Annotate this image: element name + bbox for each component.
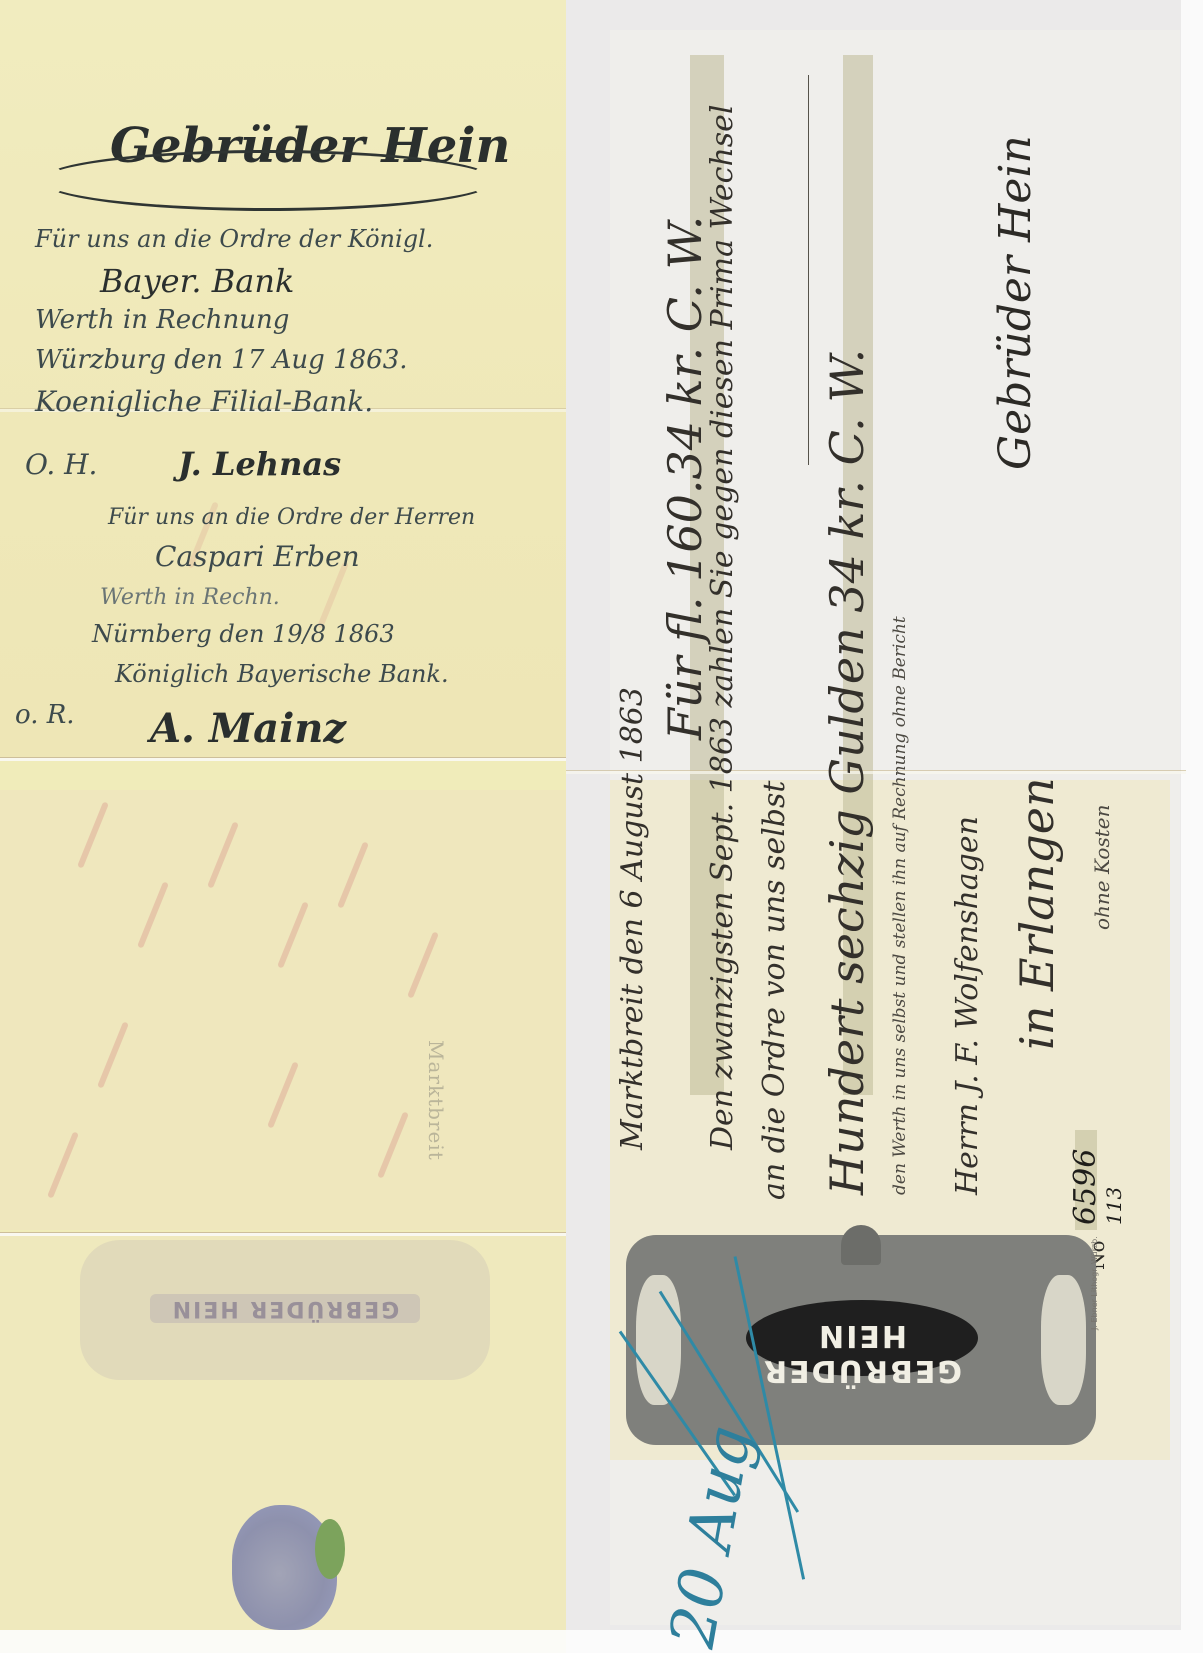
bill-drawer-signature: Gebrüder Hein bbox=[990, 135, 1041, 470]
endorsement-1-line-4: Würzburg den 17 Aug 1863. bbox=[35, 345, 408, 375]
bill-line-b: an die Ordre von uns selbst bbox=[757, 781, 792, 1200]
endorsement-2-signature: A. Mainz bbox=[150, 705, 346, 752]
endorsement-2-line-4: Nürnberg den 19/8 1863 bbox=[92, 620, 395, 648]
bill-line-d: den Werth in uns selbst und stellen ihn … bbox=[890, 616, 910, 1195]
bill-drawee: Herrn J. F. Wolfenshagen bbox=[950, 816, 985, 1195]
printed-rule bbox=[808, 75, 809, 465]
endorsement-1-initials: O. H. bbox=[25, 448, 97, 481]
bill-amount-words: Hundert sechzig Gulden 34 kr. C. W. bbox=[820, 349, 874, 1195]
endorsement-side: Gebrüder Hein Für uns an die Ordre der K… bbox=[0, 0, 566, 1653]
vignette-right-ornament bbox=[1041, 1275, 1086, 1405]
endorsement-2-line-5: Königlich Bayerische Bank. bbox=[115, 660, 449, 688]
vignette-label: GEBRÜDER HEIN bbox=[746, 1318, 978, 1388]
endorsement-2-line-3: Werth in Rechn. bbox=[100, 585, 280, 610]
endorsement-2-initials: o. R. bbox=[15, 700, 75, 730]
bill-number-sub: 113 bbox=[1102, 1187, 1126, 1225]
vignette-crest bbox=[841, 1225, 881, 1265]
endorsement-2-line-1: Für uns an die Ordre der Herren bbox=[108, 505, 475, 530]
ghost-stamp: GEBRÜDER HEIN bbox=[80, 1240, 490, 1380]
bill-drawee-place: in Erlangen bbox=[1010, 777, 1064, 1050]
fold-line bbox=[0, 757, 566, 761]
endorsement-1-line-2: Bayer. Bank bbox=[100, 262, 294, 300]
bill-amount-header: Für fl. 160.34 kr. C. W. bbox=[658, 216, 712, 740]
bill-line-a: Den zwanzigsten Sept. 1863 zahlen Sie ge… bbox=[705, 104, 740, 1150]
vignette-oval: GEBRÜDER HEIN bbox=[746, 1300, 978, 1376]
wax-seal bbox=[232, 1505, 337, 1630]
printer-imprint: J. Ebner Lithogr. Würzb. bbox=[1090, 1236, 1099, 1330]
bill-place-date: Marktbreit den 6 August 1863 bbox=[615, 687, 650, 1150]
bleed-through-place: Marktbreit bbox=[424, 1040, 448, 1161]
seal-green-residue bbox=[315, 1519, 345, 1579]
bill-number: 6596 bbox=[1068, 1149, 1103, 1225]
signature-flourish bbox=[40, 150, 496, 211]
ghost-stamp-label: GEBRÜDER HEIN bbox=[150, 1294, 420, 1323]
fold-line bbox=[0, 1232, 566, 1236]
endorsement-2-line-2: Caspari Erben bbox=[155, 540, 360, 573]
bill-line-g: ohne Kosten bbox=[1090, 805, 1114, 930]
endorsement-1-line-1: Für uns an die Ordre der Königl. bbox=[35, 225, 433, 253]
fold-line bbox=[566, 770, 1186, 774]
scan-edge bbox=[1181, 0, 1203, 1653]
endorsement-1-signature: J. Lehnas bbox=[178, 445, 341, 483]
endorsement-1-line-3: Werth in Rechnung bbox=[35, 305, 289, 335]
endorsement-1-line-5: Koenigliche Filial-Bank. bbox=[35, 385, 373, 418]
firm-vignette: GEBRÜDER HEIN bbox=[626, 1235, 1096, 1445]
scan-margin bbox=[0, 1630, 566, 1653]
